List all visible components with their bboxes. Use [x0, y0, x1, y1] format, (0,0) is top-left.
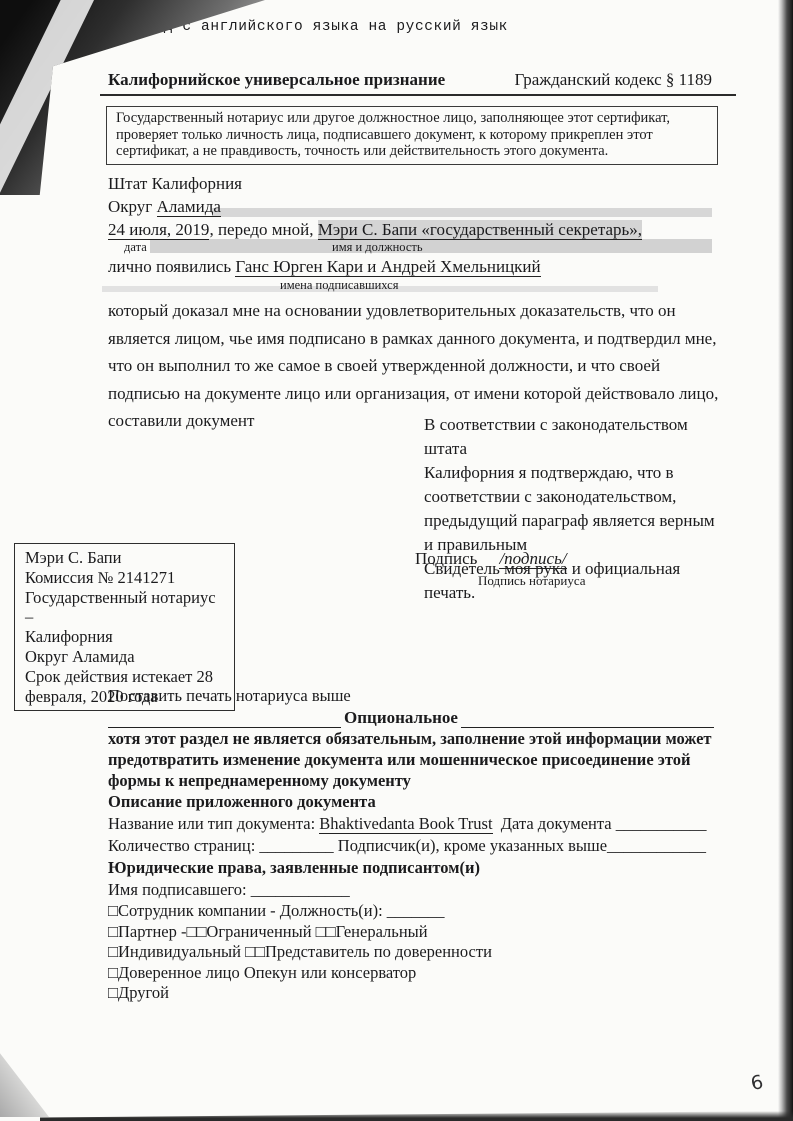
- capacity-heading: Юридические права, заявленные подписанто…: [108, 857, 714, 879]
- signature-line: Подпись/подпись/: [415, 549, 567, 569]
- date-officer-line: 24 июля, 2019, передо мной, Мэри С. Бапи…: [108, 218, 720, 241]
- optional-divider: Опциональное: [108, 706, 714, 728]
- scan-fold-streak: [0, 0, 95, 205]
- divider-rule: [461, 712, 714, 728]
- scan-bottom-left-artifact: [0, 1032, 70, 1117]
- scan-bottom-edge-shadow: [40, 1111, 793, 1121]
- signers-value: Ганс Юрген Кари и Андрей Хмельницкий: [235, 257, 540, 277]
- translation-note: Перевод с английского языка на русский я…: [108, 19, 508, 35]
- description-heading: Описание приложенного документа: [108, 791, 714, 813]
- county-line: Округ Аламида: [108, 195, 720, 218]
- document-title-label: Название или тип документа:: [108, 814, 319, 833]
- capacity-option: □Доверенное лицо Опекун или консерватор: [108, 963, 714, 984]
- seal-instruction: Поставить печать нотариуса выше: [108, 685, 714, 706]
- optional-disclaimer: хотя этот раздел не является обязательны…: [108, 728, 714, 791]
- capacity-option: □Другой: [108, 983, 714, 1004]
- date-caption: дата: [124, 241, 147, 254]
- signature-label: Подпись: [415, 549, 477, 568]
- optional-section: Поставить печать нотариуса выше Опционал…: [108, 685, 714, 1004]
- divider-rule: [108, 712, 341, 728]
- handwritten-page-number: 6: [749, 1071, 765, 1095]
- signature-value: /подпись/: [499, 549, 566, 569]
- document-date-blank: ___________: [616, 814, 707, 833]
- document-date-label: Дата документа: [493, 814, 616, 833]
- signer-name-line: Имя подписавшего: ____________: [108, 879, 714, 901]
- officer-caption: имя и должность: [332, 241, 423, 254]
- notary-notice-box: Государственный нотариус или другое долж…: [106, 106, 718, 165]
- scanned-document-page: Перевод с английского языка на русский я…: [0, 0, 793, 1121]
- document-header: Калифорнийское универсальное признание Г…: [100, 70, 736, 96]
- signers-caption: имена подписавшихся: [280, 278, 720, 292]
- capacity-option: □Сотрудник компании - Должность(и): ____…: [108, 901, 714, 922]
- county-value: Аламида: [157, 197, 221, 217]
- capacity-option: □Партнер -□□Ограниченный □□Генеральный: [108, 922, 714, 943]
- appeared-line: лично появились Ганс Юрген Кари и Андрей…: [108, 255, 720, 278]
- document-title-line: Название или тип документа: Bhaktivedant…: [108, 813, 714, 835]
- date-value: 24 июля, 2019: [108, 220, 209, 240]
- scan-right-edge-shadow: [778, 0, 793, 1121]
- before-me-text: , передо мной,: [209, 220, 317, 239]
- state-line: Штат Калифорния: [108, 172, 720, 195]
- optional-title: Опциональное: [341, 708, 461, 728]
- civil-code-reference: Гражданский кодекс § 1189: [515, 70, 736, 90]
- county-label: Округ: [108, 197, 157, 216]
- field-captions-row: дата имя и должность: [108, 241, 720, 255]
- appeared-label: лично появились: [108, 257, 235, 276]
- venue-block: Штат Калифорния Округ Аламида 24 июля, 2…: [108, 172, 720, 292]
- signature-caption: Подпись нотариуса: [478, 573, 586, 589]
- pages-line: Количество страниц: _________ Подписчик(…: [108, 835, 714, 857]
- document-title: Калифорнийское универсальное признание: [100, 70, 445, 90]
- capacity-option: □Индивидуальный □□Представитель по довер…: [108, 942, 714, 963]
- document-title-value: Bhaktivedanta Book Trust: [319, 814, 492, 834]
- capacity-options: □Сотрудник компании - Должность(и): ____…: [108, 901, 714, 1004]
- officer-value: Мэри С. Бапи «государственный секретарь»…: [318, 220, 642, 240]
